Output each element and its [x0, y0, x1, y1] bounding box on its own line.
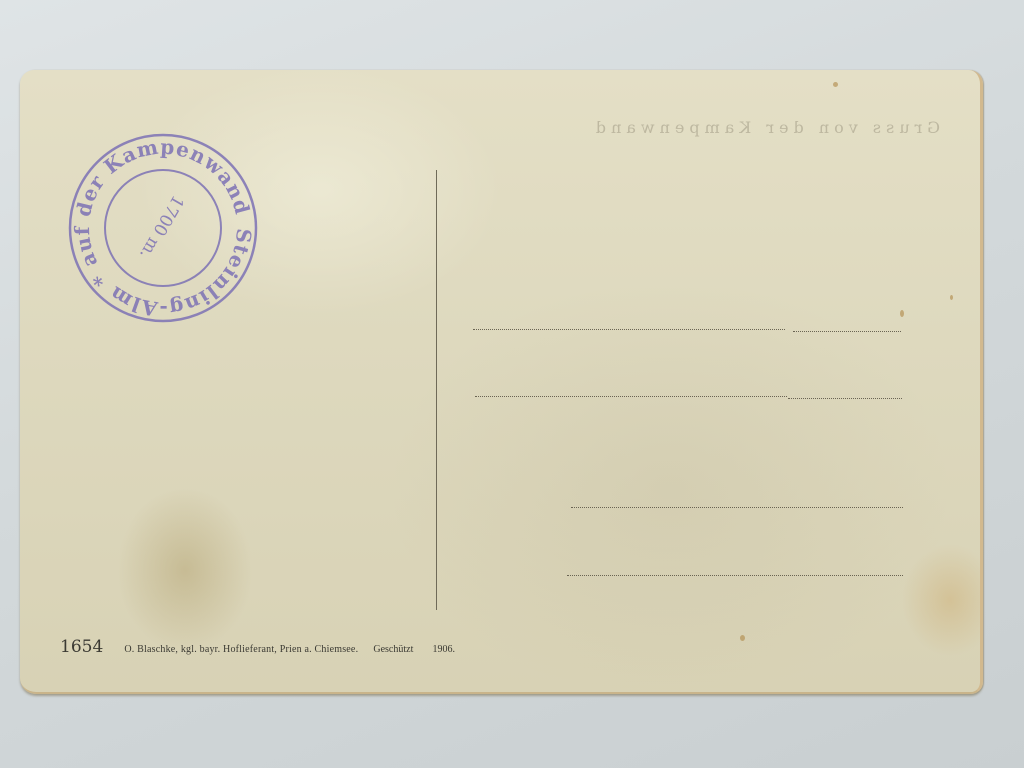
stamp-postmark: Steinling-Alm * auf der Kampenwand * 170…	[65, 130, 261, 326]
address-line-1a	[473, 329, 785, 330]
card-number: 1654	[60, 637, 103, 657]
protected-text: Geschützt	[373, 644, 413, 655]
year-text: 1906.	[432, 644, 455, 655]
address-line-2b	[788, 398, 902, 399]
address-line-2a	[475, 396, 787, 397]
publisher-text: O. Blaschke, kgl. bayr. Hoflieferant, Pr…	[124, 644, 358, 655]
stain-speck	[833, 82, 838, 87]
stamp-altitude: 1700 m.	[135, 192, 187, 263]
publisher-imprint: 1654 O. Blaschke, kgl. bayr. Hoflieferan…	[60, 637, 455, 657]
postcard: Gruss von der Kampenwand Steinling-Alm *…	[20, 70, 983, 694]
stain-speck	[900, 310, 904, 317]
address-line-1b	[793, 331, 901, 332]
address-line-3	[571, 507, 903, 508]
address-line-4	[567, 575, 903, 576]
stain-speck	[740, 635, 745, 641]
faint-show-through-text: Gruss von der Kampenwand	[460, 118, 940, 138]
center-divider-line	[436, 170, 437, 610]
stain-speck	[950, 295, 953, 300]
